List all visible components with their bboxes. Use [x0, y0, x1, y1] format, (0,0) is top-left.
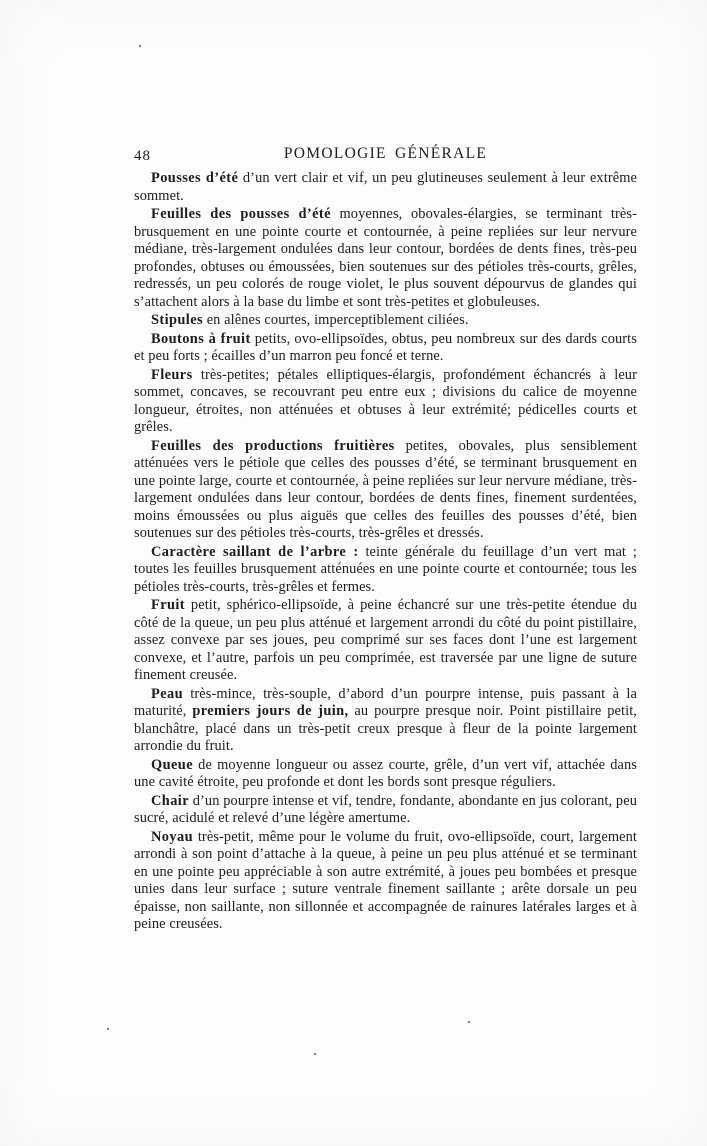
paragraph-text: de moyenne longueur ou assez courte, grê… — [134, 757, 637, 791]
paragraph-lead-bold: Chair — [151, 793, 189, 809]
paragraph-lead-bold: Boutons à fruit — [151, 331, 251, 347]
paragraph-lead-bold: Fleurs — [151, 367, 193, 383]
paragraph: Stipules en alênes courtes, imperceptibl… — [134, 312, 637, 330]
scan-speck — [107, 1028, 109, 1030]
running-title: POMOLOGIE GÉNÉRALE — [134, 145, 637, 163]
paragraph: Fruit petit, sphérico-ellipsoïde, à pein… — [134, 597, 637, 685]
paragraph-lead-bold: Fruit — [151, 597, 185, 613]
paragraph-text: d’un pourpre intense et vif, tendre, fon… — [134, 793, 637, 827]
paragraph: Peau très-mince, très-souple, d’abord d’… — [134, 686, 637, 756]
paragraph-lead-bold: Stipules — [151, 312, 203, 328]
paragraph: Fleurs très-petites; pétales elliptiques… — [134, 367, 637, 437]
paragraph-lead-bold: Noyau — [151, 829, 193, 845]
paragraph-text: en alênes courtes, imperceptiblement cil… — [203, 312, 469, 328]
paragraph: Noyau très-petit, même pour le volume du… — [134, 829, 637, 934]
paragraph: Pousses d’été d’un vert clair et vif, un… — [134, 170, 637, 205]
paragraph: Chair d’un pourpre intense et vif, tendr… — [134, 793, 637, 828]
paragraph: Queue de moyenne longueur ou assez court… — [134, 757, 637, 792]
page-body: Pousses d’été d’un vert clair et vif, un… — [134, 170, 637, 935]
paragraph: Boutons à fruit petits, ovo-ellipsoïdes,… — [134, 331, 637, 366]
scan-speck — [314, 1053, 316, 1055]
paragraph: Caractère saillant de l’arbre : teinte g… — [134, 544, 637, 597]
paragraph-lead-bold: Queue — [151, 757, 193, 773]
paragraph-lead-bold: Feuilles des pousses d’été — [151, 206, 331, 222]
paragraph: Feuilles des productions fruitières peti… — [134, 438, 637, 543]
scan-speck — [139, 45, 141, 47]
paragraph-lead-bold: Peau — [151, 686, 183, 702]
paragraph-text: très-petit, même pour le volume du fruit… — [134, 829, 637, 933]
book-page: 48 POMOLOGIE GÉNÉRALE Pousses d’été d’un… — [0, 0, 707, 1146]
paragraph-text: très-petites; pétales elliptiques-élargi… — [134, 367, 637, 436]
paragraph-lead-bold: premiers jours de juin, — [192, 703, 348, 719]
running-header: 48 POMOLOGIE GÉNÉRALE — [134, 145, 637, 167]
paragraph-lead-bold: Caractère saillant de l’arbre : — [151, 544, 359, 560]
paragraph-lead-bold: Pousses d’été — [151, 170, 238, 186]
paragraph-text: petit, sphérico-ellipsoïde, à peine écha… — [134, 597, 637, 683]
paragraph-lead-bold: Feuilles des productions fruitières — [151, 438, 395, 454]
paragraph: Feuilles des pousses d’été moyennes, obo… — [134, 206, 637, 311]
scan-speck — [468, 1021, 470, 1023]
